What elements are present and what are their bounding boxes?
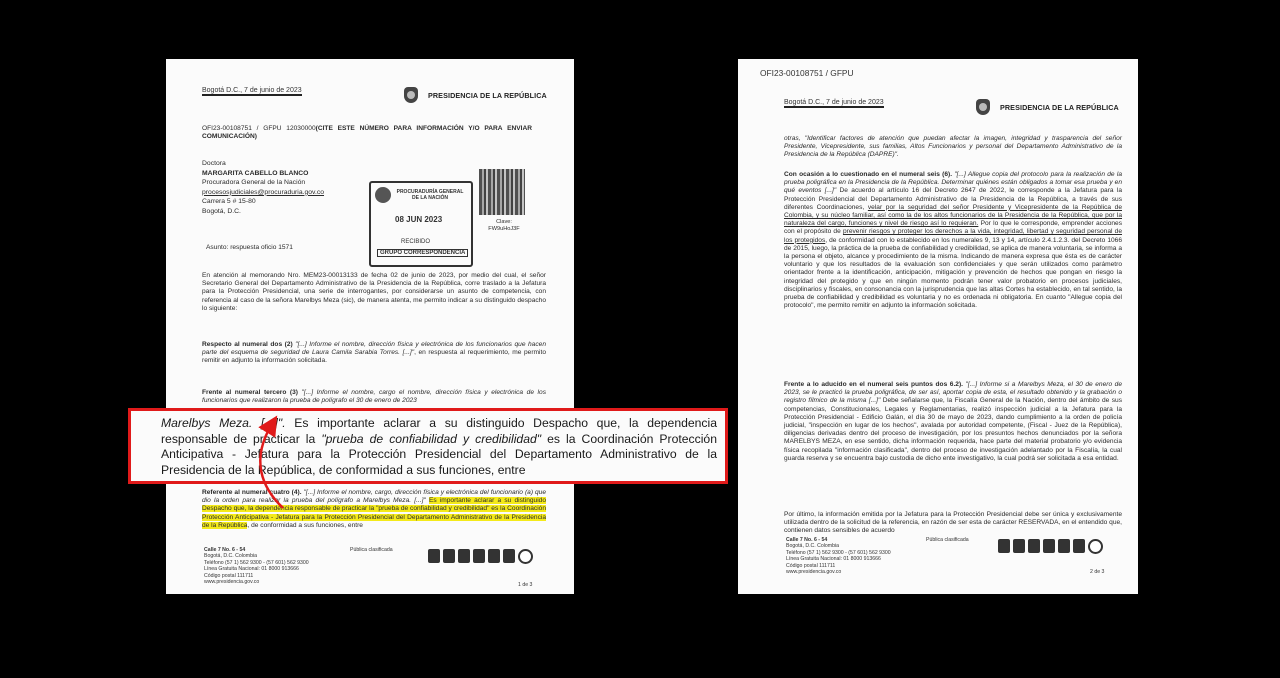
item-4-heading: Referente al numeral cuatro (4). xyxy=(202,489,302,496)
reception-stamp: PROCURADURÍA GENERAL DE LA NACIÓN 08 JUN… xyxy=(369,181,473,267)
document-page-2: OFI23-00108751 / GFPU Bogotá D.C., 7 de … xyxy=(738,59,1138,594)
item-6-2-heading: Frente a lo aducido en el numeral seis p… xyxy=(784,381,963,388)
recipient-address: Carrera 5 # 15-80 xyxy=(202,197,382,207)
footer-hotline: Línea Gratuita Nacional: 01 8000 913666 xyxy=(204,566,309,572)
item-6-paragraph: Con ocasión a lo cuestionado en el numer… xyxy=(784,171,1122,310)
stamp-date: 08 JUN 2023 xyxy=(395,215,442,224)
certification-logo-icon xyxy=(1013,539,1025,553)
brand-header: PRESIDENCIA DE LA REPÚBLICA xyxy=(404,87,547,103)
intro-paragraph: En atención al memorando Nro. MEM23-0001… xyxy=(202,272,546,313)
qr-key: Clave: FW9uHoJ3F xyxy=(482,219,526,233)
zoom-callout: Marelbys Meza. [...]". Es importante acl… xyxy=(128,408,728,484)
brand-name: PRESIDENCIA DE LA REPÚBLICA xyxy=(428,91,547,100)
document-page-1: Bogotá D.C., 7 de junio de 2023 PRESIDEN… xyxy=(166,59,574,594)
callout-quote: "prueba de confiabilidad y credibilidad" xyxy=(321,432,541,446)
recipient-city: Bogotá, D.C. xyxy=(202,207,382,217)
footer-web[interactable]: www.presidencia.gov.co xyxy=(204,579,309,585)
certification-logo-icon xyxy=(1073,539,1085,553)
qr-key-label: Clave: xyxy=(482,219,526,226)
certification-seal-icon xyxy=(1088,539,1103,554)
item-6-heading: Con ocasión a lo cuestionado en el numer… xyxy=(784,171,952,178)
certification-logo-icon xyxy=(473,549,485,563)
footer-web[interactable]: www.presidencia.gov.co xyxy=(786,569,891,575)
footer-classification: Pública clasificada xyxy=(350,547,393,553)
item-6-text-3: , de conformidad con lo establecido en l… xyxy=(784,237,1122,310)
certification-logos xyxy=(428,549,533,564)
page-number: 1 de 3 xyxy=(518,582,532,588)
subject-line: Asunto: respuesta oficio 1571 xyxy=(206,244,293,252)
letter-date: Bogotá D.C., 7 de junio de 2023 xyxy=(784,99,884,108)
item-3-paragraph: Frente al numeral tercero (3) "[...] Inf… xyxy=(202,389,546,405)
qr-key-value: FW9uHoJ3F xyxy=(482,226,526,233)
certification-logo-icon xyxy=(503,549,515,563)
continued-paragraph: otras, "Identificar factores de atención… xyxy=(784,135,1122,160)
recipient-name: MARGARITA CABELLO BLANCO xyxy=(202,169,382,179)
certification-logo-icon xyxy=(1028,539,1040,553)
item-2-paragraph: Respecto al numeral dos (2) "[...] Infor… xyxy=(202,341,546,366)
callout-text: Marelbys Meza. [...]". Es importante acl… xyxy=(161,416,717,478)
recipient-block: Doctora MARGARITA CABELLO BLANCO Procura… xyxy=(202,159,382,217)
page-number: 2 de 3 xyxy=(1090,569,1104,575)
certification-seal-icon xyxy=(518,549,533,564)
item-6-2-text: Debe señalarse que, la Fiscalía General … xyxy=(784,397,1122,461)
item-2-heading: Respecto al numeral dos (2) xyxy=(202,341,293,348)
certification-logo-icon xyxy=(998,539,1010,553)
reference-line: OFI23-00108751 / GFPU 12030000(CITE ESTE… xyxy=(202,125,532,141)
reference-code: OFI23-00108751 / GFPU 12030000 xyxy=(202,125,316,132)
brand-name: PRESIDENCIA DE LA REPÚBLICA xyxy=(1000,103,1119,112)
certification-logo-icon xyxy=(443,549,455,563)
footer-address: Calle 7 No. 6 - 54 Bogotá, D.C. Colombia… xyxy=(786,537,891,575)
item-4-tail: , de conformidad a sus funciones, entre xyxy=(247,522,362,529)
recipient-salutation: Doctora xyxy=(202,159,382,169)
coat-of-arms-icon xyxy=(976,99,990,115)
footer-address: Calle 7 No. 6 - 54 Bogotá, D.C. Colombia… xyxy=(204,547,309,585)
certification-logo-icon xyxy=(1058,539,1070,553)
certification-logo-icon xyxy=(1043,539,1055,553)
footer-hotline: Línea Gratuita Nacional: 01 8000 913666 xyxy=(786,556,891,562)
callout-quote-tail: Marelbys Meza. [...]". xyxy=(161,416,286,430)
stamp-group: GRUPO CORRESPONDENCIA xyxy=(377,249,468,257)
item-6-2-paragraph: Frente a lo aducido en el numeral seis p… xyxy=(784,381,1122,463)
footer-classification: Pública clasificada xyxy=(926,537,969,543)
stamp-entity: PROCURADURÍA GENERAL DE LA NACIÓN xyxy=(395,189,465,201)
stamp-seal-icon xyxy=(375,187,391,203)
certification-logo-icon xyxy=(488,549,500,563)
letter-date: Bogotá D.C., 7 de junio de 2023 xyxy=(202,87,302,96)
qr-code xyxy=(479,169,525,215)
coat-of-arms-icon xyxy=(404,87,418,103)
certification-logo-icon xyxy=(428,549,440,563)
closing-paragraph: Por último, la información emitida por l… xyxy=(784,511,1122,536)
brand-header: PRESIDENCIA DE LA REPÚBLICA xyxy=(976,99,1119,115)
certification-logos xyxy=(998,539,1103,554)
item-3-heading: Frente al numeral tercero (3) xyxy=(202,389,298,396)
item-4-paragraph: Referente al numeral cuatro (4). "[...] … xyxy=(202,489,546,530)
reference-code-top: OFI23-00108751 / GFPU xyxy=(760,69,854,77)
stamp-received: RECIBIDO xyxy=(401,239,430,245)
certification-logo-icon xyxy=(458,549,470,563)
recipient-title: Procuradora General de la Nación xyxy=(202,178,382,188)
recipient-email[interactable]: procesosjudiciales@procuraduria.gov.co xyxy=(202,188,382,198)
